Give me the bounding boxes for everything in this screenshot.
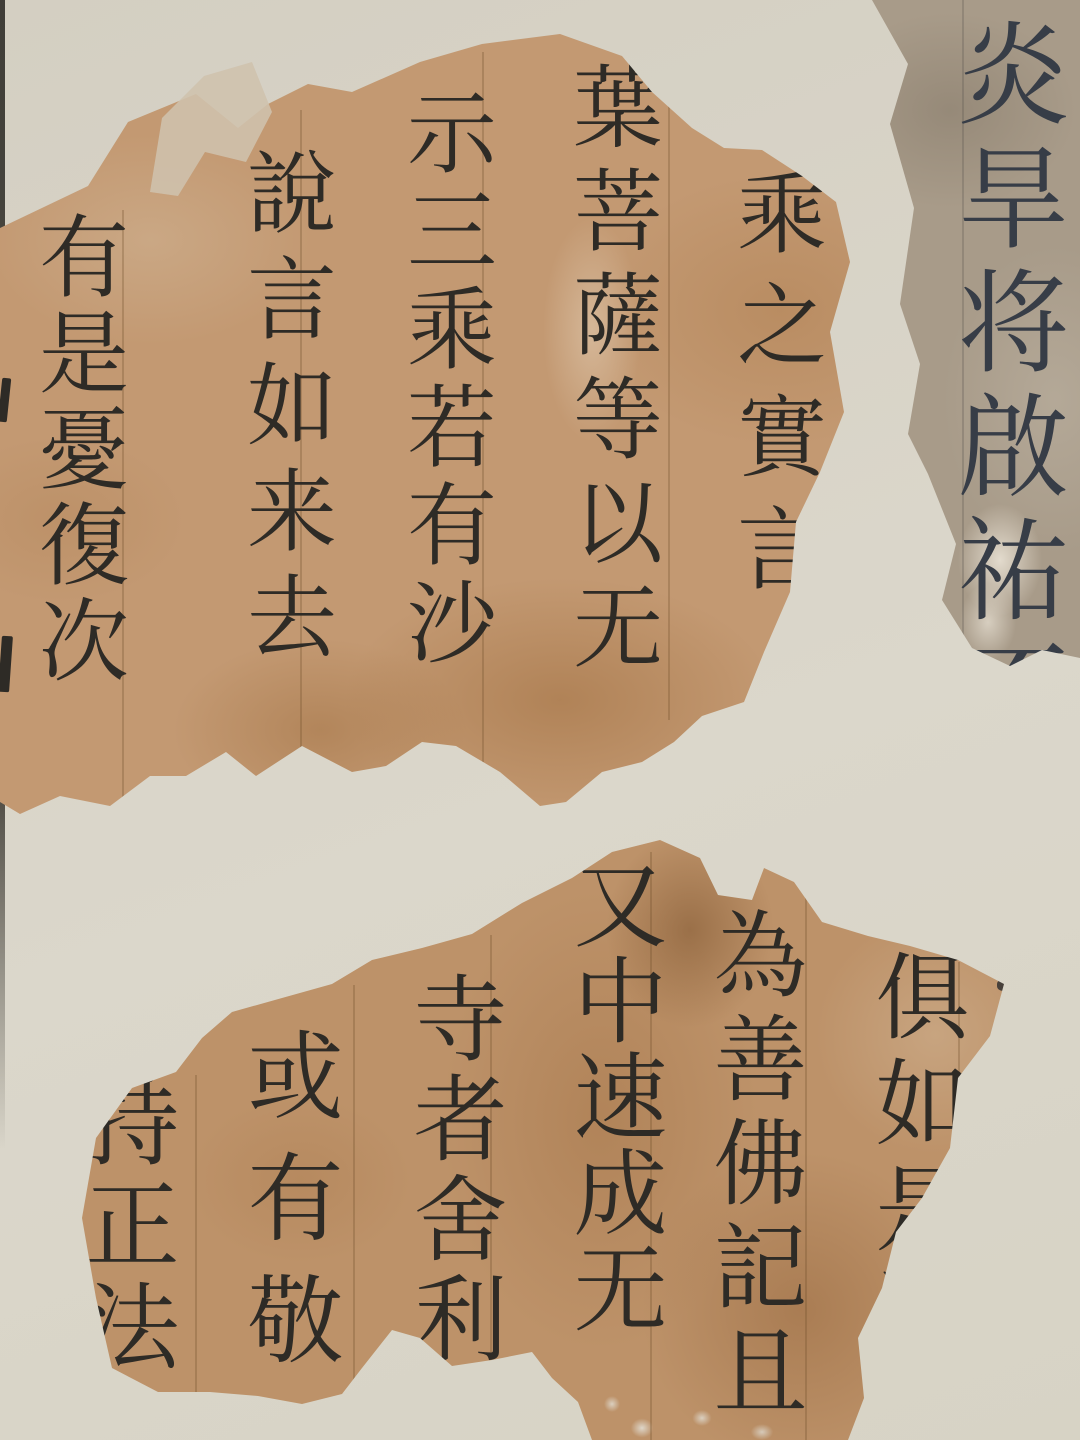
ruling-line — [195, 1075, 197, 1392]
text-column: 為善佛記且 — [704, 906, 798, 1426]
text-column: 乘之實言 — [728, 166, 818, 614]
punctuation-mark: 、 — [146, 1022, 188, 1082]
text-column: 寺者舍利 — [404, 970, 498, 1370]
ink-speck — [997, 980, 1010, 991]
text-column: 或有敬 — [240, 1026, 336, 1392]
text-column: 說言如来去 — [238, 146, 328, 676]
partial-character-stroke — [0, 636, 13, 693]
text-column: 又中速成无 — [564, 856, 658, 1336]
text-column: 葉菩薩等以无 — [564, 60, 654, 684]
text-column: 持正法 — [76, 1074, 170, 1380]
text-column: 炎旱将啟祐不 — [948, 16, 1060, 760]
text-column: 俱如是迦 — [866, 948, 960, 1372]
manuscript-photo: 乘之實言 葉菩薩等以无 示三乘若有沙 說言如来去 有是憂復次 炎旱将啟祐不 俱如… — [0, 0, 1080, 1440]
ruling-line — [668, 60, 670, 720]
ruling-line — [353, 985, 355, 1400]
text-column: 有是憂復次 — [30, 210, 120, 690]
partial-character-stroke — [0, 378, 11, 423]
text-column: 示三乘若有沙 — [398, 86, 488, 674]
